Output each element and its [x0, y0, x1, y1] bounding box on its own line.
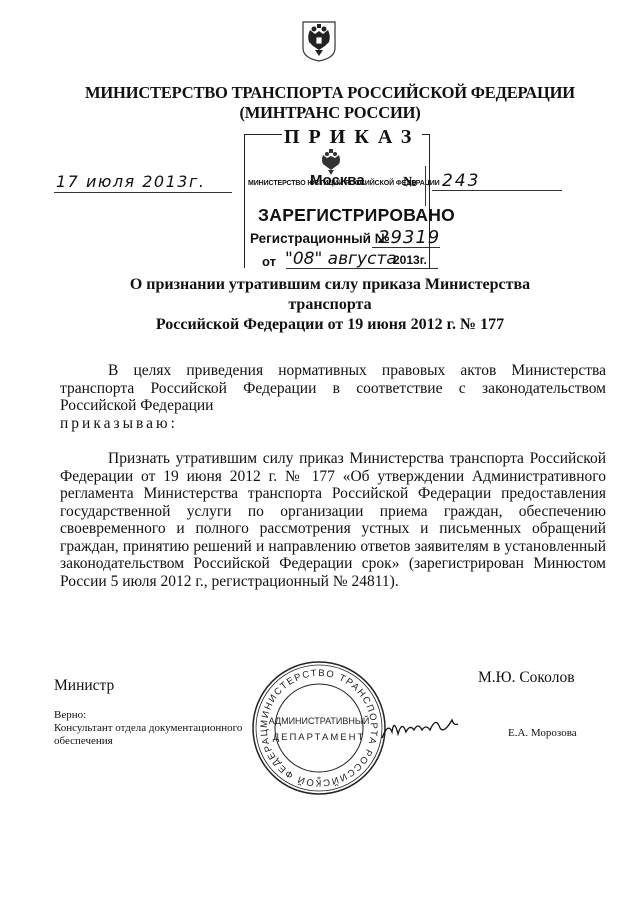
registration-year: 2013г.: [393, 253, 427, 267]
signatory-name: М.Ю. Соколов: [478, 669, 575, 687]
certifier-name: Е.А. Морозова: [508, 727, 577, 739]
registration-number-label: Регистрационный №: [250, 231, 390, 246]
registration-date: "08" августа: [285, 249, 397, 269]
order-word: приказываю:: [60, 415, 178, 432]
certification-block: Верно: Консультант отдела документационн…: [54, 709, 254, 748]
svg-text:*: *: [317, 775, 321, 784]
order-subject: О признании утратившим силу приказа Мини…: [100, 275, 560, 335]
registration-number-underline: [372, 247, 440, 248]
registration-date-label: от: [262, 254, 276, 269]
official-seal-icon: МИНИСТЕРСТВО ТРАНСПОРТА РОССИЙСКОЙ ФЕДЕР…: [251, 660, 387, 796]
order-number-label: №: [403, 175, 417, 191]
ministry-name: МИНИСТЕРСТВО ТРАНСПОРТА РОССИЙСКОЙ ФЕДЕР…: [60, 83, 600, 103]
svg-text:АДМИНИСТРАТИВНЫЙ: АДМИНИСТРАТИВНЫЙ: [269, 715, 370, 726]
order-number: 243: [442, 171, 480, 191]
date-underline: [54, 192, 232, 193]
ministry-title: МИНИСТЕРСТВО ТРАНСПОРТА РОССИЙСКОЙ ФЕДЕР…: [60, 83, 600, 123]
subject-line-1: О признании утратившим силу приказа Мини…: [100, 275, 560, 315]
order-date: 17 июля 2013г.: [56, 172, 205, 191]
certifier-position: Консультант отдела документационного обе…: [54, 722, 254, 748]
clause-text: Признать утратившим силу приказ Министер…: [60, 450, 606, 590]
clause-paragraph: Признать утратившим силу приказ Министер…: [60, 450, 606, 590]
preamble-text: В целях приведения нормативных правовых …: [60, 362, 606, 415]
document-type-title: ПРИКАЗ: [282, 126, 422, 149]
ministry-abbreviation: (МИНТРАНС РОССИИ): [60, 103, 600, 123]
registration-number: 29319: [378, 227, 440, 248]
number-underline: [432, 190, 562, 191]
order-city: Москва: [310, 172, 365, 189]
coat-of-arms-icon: [301, 18, 337, 62]
certified-label: Верно:: [54, 709, 254, 722]
registration-status: ЗАРЕГИСТРИРОВАНО: [258, 205, 455, 226]
preamble-paragraph: В целях приведения нормативных правовых …: [60, 362, 606, 432]
registration-date-underline: [286, 268, 438, 269]
handwritten-signature: [380, 712, 460, 742]
svg-text:ДЕПАРТАМЕНТ: ДЕПАРТАМЕНТ: [273, 732, 366, 743]
subject-line-2: Российской Федерации от 19 июня 2012 г. …: [100, 315, 560, 335]
signatory-position: Министр: [54, 677, 114, 695]
stamp-divider: [425, 166, 426, 206]
